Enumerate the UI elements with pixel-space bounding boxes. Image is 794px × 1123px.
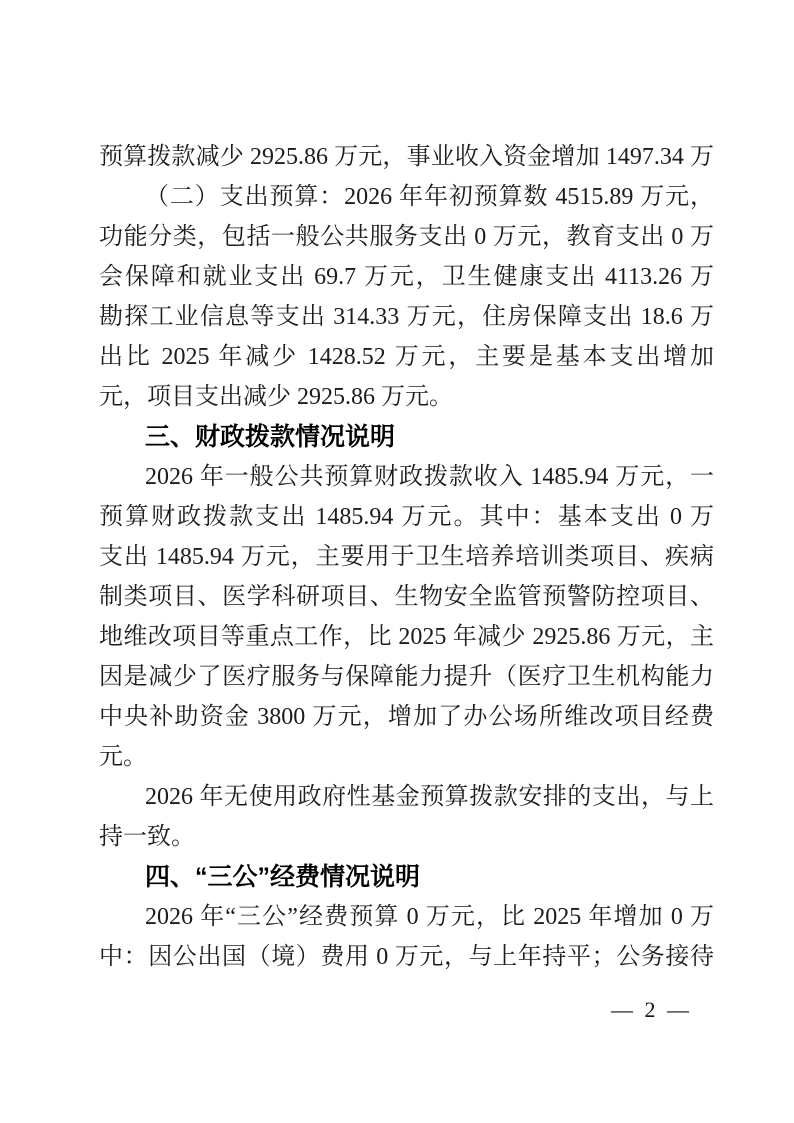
document-page: 预算拨款减少 2925.86 万元，事业收入资金增加 1497.34 万元。 （… [0,0,794,1123]
text-line: 地维改项目等重点工作，比 2025 年减少 2925.86 万元，主要原 [99,617,714,657]
text-line: 支出 1485.94 万元，主要用于卫生培养培训类项目、疾病预防控 [99,537,714,577]
page-number: — 2 — [611,996,692,1024]
text-line: 功能分类，包括一般公共服务支出 0 万元，教育支出 0 万元，社 [99,217,714,257]
paragraph-end-line: 元。 [99,737,714,777]
text-line: 因是减少了医疗服务与保障能力提升（医疗卫生机构能力建设） [99,657,714,697]
paragraph-start-line: 2026 年无使用政府性基金预算拨款安排的支出，与上年保 [99,777,714,817]
text-line: 出比 2025 年减少 1428.52 万元，主要是基本支出增加 1497.34… [99,337,714,377]
document-body: 预算拨款减少 2925.86 万元，事业收入资金增加 1497.34 万元。 （… [99,137,714,977]
paragraph-end-line: 元，项目支出减少 2925.86 万元。 [99,377,714,417]
text-line: 中央补助资金 3800 万元，增加了办公场所维改项目经费 224 万 [99,697,714,737]
paragraph-start-line: （二）支出预算：2026 年年初预算数 4515.89 万元，按支出 [99,177,714,217]
paragraph-start-line: 2026 年“三公”经费预算 0 万元，比 2025 年增加 0 万元。其 [99,897,714,937]
text-line: 预算财政拨款支出 1485.94 万元。其中：基本支出 0 万元，项目 [99,497,714,537]
text-line: 会保障和就业支出 69.7 万元，卫生健康支出 4113.26 万元，资源 [99,257,714,297]
section-heading-fiscal-appropriation: 三、财政拨款情况说明 [99,417,714,457]
paragraph-end-line: 持一致。 [99,817,714,857]
text-line: 预算拨款减少 2925.86 万元，事业收入资金增加 1497.34 万元。 [99,137,714,177]
text-line: 中：因公出国（境）费用 0 万元，与上年持平；公务接待费 0 万 [99,937,714,977]
text-line: 制类项目、医学科研项目、生物安全监管预警防控项目、办公场 [99,577,714,617]
text-line: 勘探工业信息等支出 314.33 万元，住房保障支出 18.6 万元；支 [99,297,714,337]
section-heading-three-public-expenses: 四、“三公”经费情况说明 [99,857,714,897]
paragraph-start-line: 2026 年一般公共预算财政拨款收入 1485.94 万元，一般公共 [99,457,714,497]
